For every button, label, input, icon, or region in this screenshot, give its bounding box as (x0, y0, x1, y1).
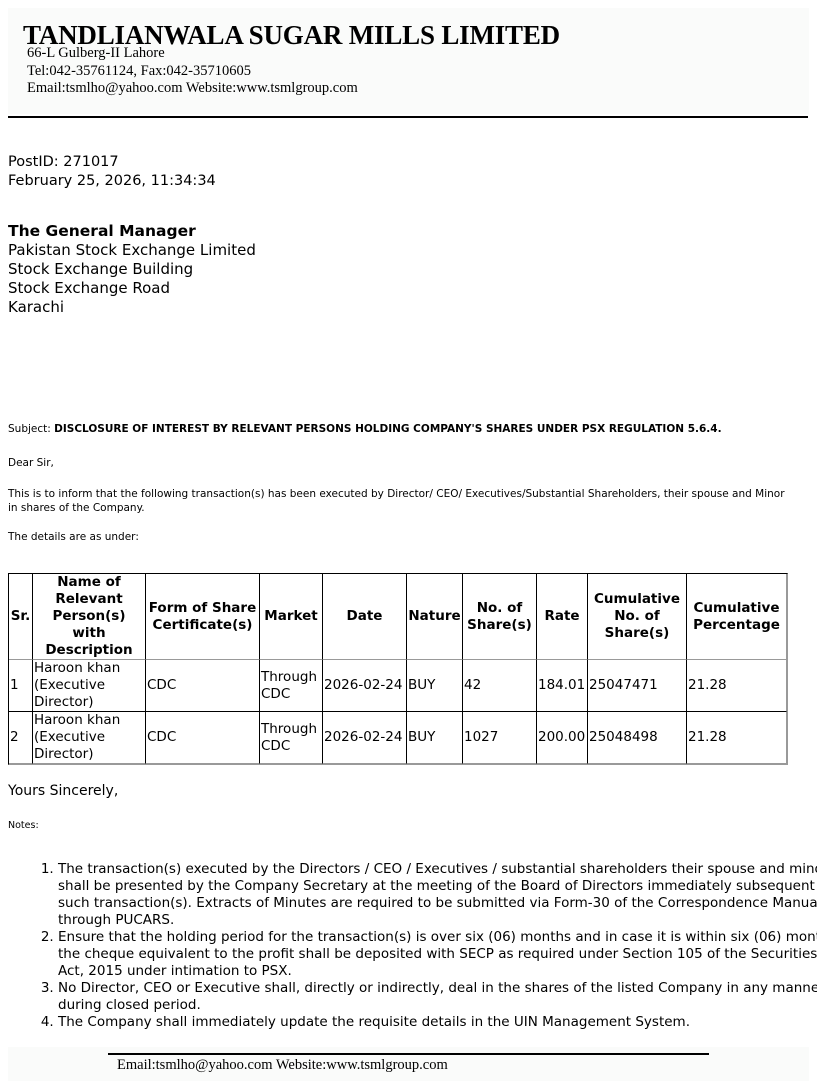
addressee-line: Pakistan Stock Exchange Limited (8, 241, 256, 260)
cell-market: Through CDC (260, 712, 323, 764)
note-item: Ensure that the holding period for the t… (58, 929, 817, 980)
notes-label: Notes: (8, 820, 39, 831)
post-datetime: February 25, 2026, 11:34:34 (8, 172, 216, 191)
note-item: The transaction(s) executed by the Direc… (58, 861, 817, 929)
footer-email-website: Email:tsmlho@yahoo.com Website:www.tsmlg… (117, 1057, 448, 1074)
cell-market: Through CDC (260, 660, 323, 712)
header-cumulative-percentage: Cumulative Percentage (687, 574, 787, 660)
cell-nature: BUY (407, 660, 463, 712)
cell-rate: 200.00 (537, 712, 588, 764)
header-divider (8, 116, 808, 118)
salutation: Dear Sir, (8, 456, 54, 470)
notes-list: The transaction(s) executed by the Direc… (8, 861, 817, 1031)
cell-rate: 184.01 (537, 660, 588, 712)
footer: Email:tsmlho@yahoo.com Website:www.tsmlg… (8, 1047, 809, 1081)
cell-date: 2026-02-24 (323, 712, 407, 764)
letterhead: TANDLIANWALA SUGAR MILLS LIMITED 66-L Gu… (8, 8, 809, 114)
cell-sr: 2 (9, 712, 33, 764)
note-item: No Director, CEO or Executive shall, dir… (58, 980, 817, 1014)
closing: Yours Sincerely, (8, 783, 118, 799)
header-cumulative-shares: Cumulative No. of Share(s) (588, 574, 687, 660)
cell-name: Haroon khan (Executive Director) (33, 712, 146, 764)
subject-label: Subject: (8, 423, 51, 435)
table-row: 1 Haroon khan (Executive Director) CDC T… (9, 660, 787, 712)
header-sr: Sr. (9, 574, 33, 660)
addressee-line: Karachi (8, 298, 256, 317)
header-name: Name of Relevant Person(s) with Descript… (33, 574, 146, 660)
header-nature: Nature (407, 574, 463, 660)
cell-name: Haroon khan (Executive Director) (33, 660, 146, 712)
cell-form: CDC (146, 660, 260, 712)
addressee: The General Manager Pakistan Stock Excha… (8, 222, 256, 317)
header-market: Market (260, 574, 323, 660)
post-id: PostID: 271017 (8, 153, 216, 172)
header-date: Date (323, 574, 407, 660)
details-label: The details are as under: (8, 530, 139, 544)
company-address: 66-L Gulberg-II Lahore (27, 45, 165, 62)
cell-cumulative-percentage: 21.28 (687, 712, 787, 764)
intro-paragraph: This is to inform that the following tra… (8, 487, 788, 515)
cell-sr: 1 (9, 660, 33, 712)
cell-cumulative-shares: 25048498 (588, 712, 687, 764)
addressee-title: The General Manager (8, 222, 256, 241)
transactions-table: Sr. Name of Relevant Person(s) with Desc… (8, 573, 788, 765)
company-email-website: Email:tsmlho@yahoo.com Website:www.tsmlg… (27, 80, 358, 97)
cell-form: CDC (146, 712, 260, 764)
cell-cumulative-percentage: 21.28 (687, 660, 787, 712)
note-item: The Company shall immediately update the… (58, 1014, 817, 1031)
cell-cumulative-shares: 25047471 (588, 660, 687, 712)
cell-date: 2026-02-24 (323, 660, 407, 712)
post-meta: PostID: 271017 February 25, 2026, 11:34:… (8, 153, 216, 191)
table-header-row: Sr. Name of Relevant Person(s) with Desc… (9, 574, 787, 660)
addressee-line: Stock Exchange Road (8, 279, 256, 298)
header-form: Form of Share Certificate(s) (146, 574, 260, 660)
header-rate: Rate (537, 574, 588, 660)
cell-nature: BUY (407, 712, 463, 764)
header-shares: No. of Share(s) (463, 574, 537, 660)
table-row: 2 Haroon khan (Executive Director) CDC T… (9, 712, 787, 764)
addressee-line: Stock Exchange Building (8, 260, 256, 279)
subject-text: DISCLOSURE OF INTEREST BY RELEVANT PERSO… (54, 423, 721, 435)
footer-divider (108, 1053, 709, 1055)
company-phone-fax: Tel:042-35761124, Fax:042-35710605 (27, 63, 251, 80)
subject-line: Subject: DISCLOSURE OF INTEREST BY RELEV… (8, 422, 722, 436)
cell-shares: 1027 (463, 712, 537, 764)
cell-shares: 42 (463, 660, 537, 712)
